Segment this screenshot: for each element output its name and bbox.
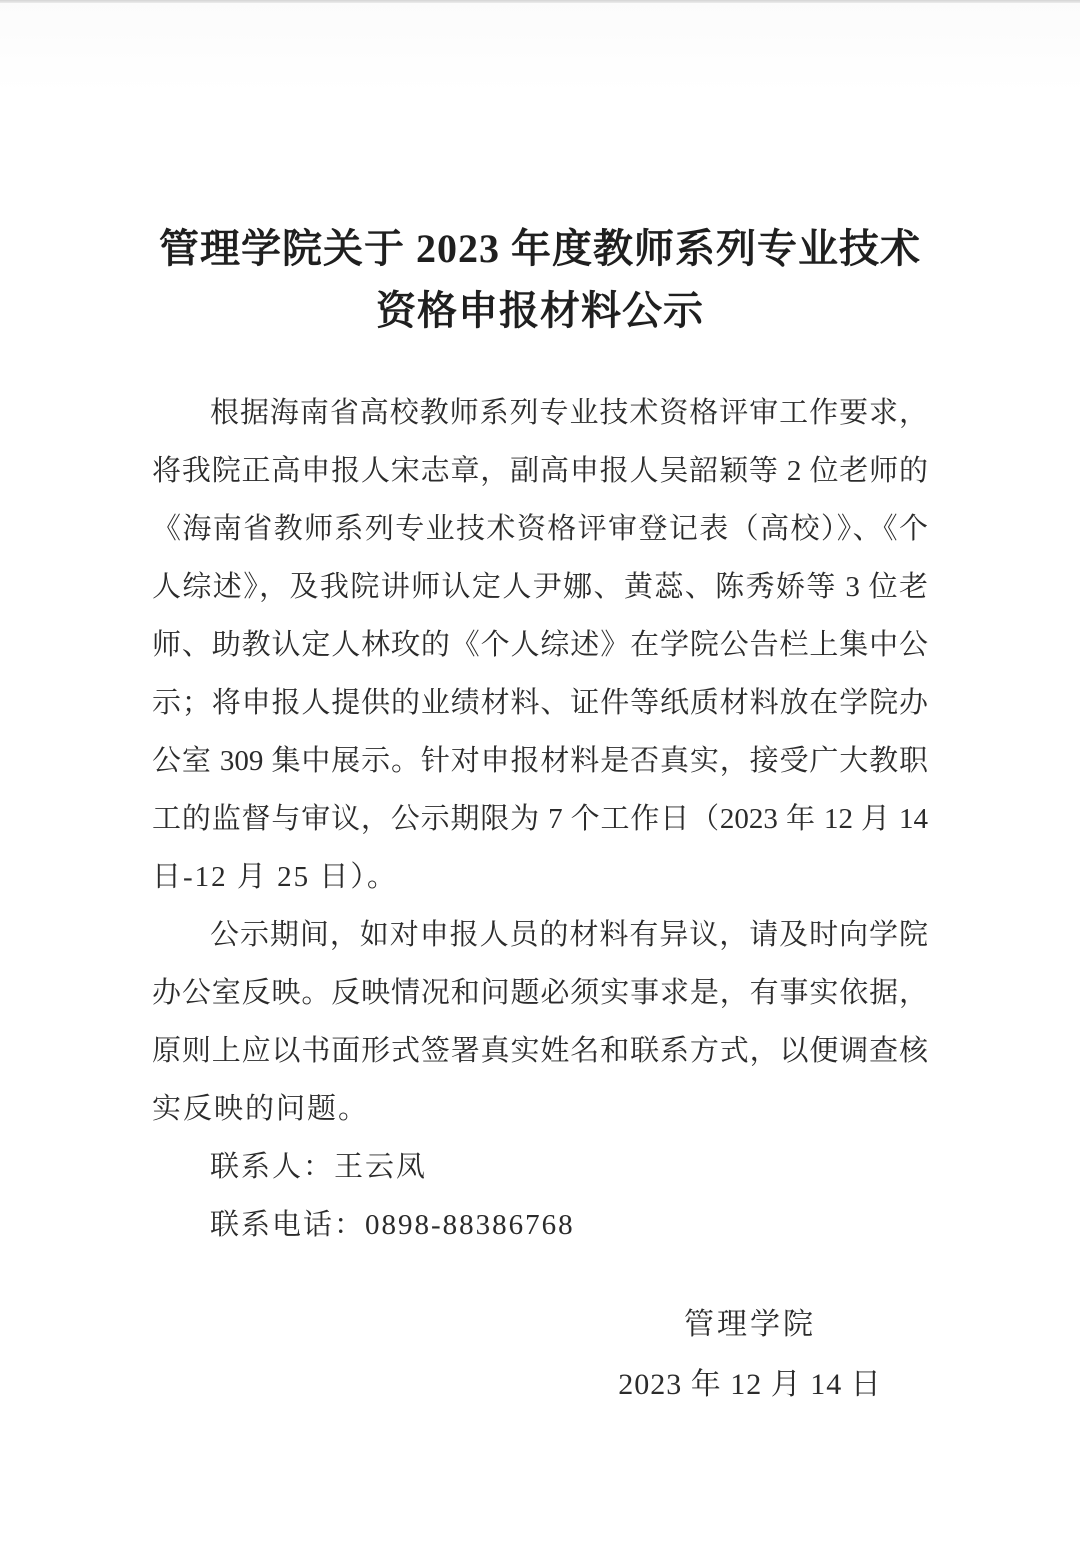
document-title-line-2: 资格申报材料公示 [80, 280, 1000, 342]
contact-person-name: 王云凤 [334, 1151, 427, 1183]
scan-edge-artifact [0, 0, 1080, 3]
signature-date: 2023 年 12 月 14 日 [560, 1355, 940, 1415]
paragraph-2-line: 原则上应以书面形式签署真实姓名和联系方式，以便调查核 [152, 1022, 928, 1080]
paragraph-1-line: 人综述》，及我院讲师认定人尹娜、黄蕊、陈秀娇等 3 位老 [152, 558, 928, 616]
paragraph-2-line: 公示期间，如对申报人员的材料有异议，请及时向学院 [152, 906, 928, 964]
contact-phone-label: 联系电话： [210, 1209, 365, 1241]
signature-block: 管理学院 2023 年 12 月 14 日 [560, 1295, 940, 1415]
paragraph-1-line: 《海南省教师系列专业技术资格评审登记表（高校）》、《个 [152, 500, 928, 558]
paragraph-1: 根据海南省高校教师系列专业技术资格评审工作要求， 将我院正高申报人宋志章，副高申… [152, 384, 928, 906]
paragraph-1-line: 示；将申报人提供的业绩材料、证件等纸质材料放在学院办 [152, 674, 928, 732]
paragraph-2-line: 办公室反映。反映情况和问题必须实事求是，有事实依据， [152, 964, 928, 1022]
contact-person-line: 联系人：王云凤 [152, 1138, 928, 1196]
signature-organization: 管理学院 [560, 1295, 940, 1355]
paragraph-1-line: 日-12 月 25 日）。 [152, 848, 928, 906]
document-title: 管理学院关于 2023 年度教师系列专业技术 资格申报材料公示 [80, 0, 1000, 342]
paragraph-1-line: 根据海南省高校教师系列专业技术资格评审工作要求， [152, 384, 928, 442]
paragraph-2-line: 实反映的问题。 [152, 1080, 928, 1138]
paragraph-1-line: 师、助教认定人林玫的《个人综述》在学院公告栏上集中公 [152, 616, 928, 674]
paragraph-1-line: 工的监督与审议，公示期限为 7 个工作日（2023 年 12 月 14 [152, 790, 928, 848]
contact-phone-line: 联系电话：0898-88386768 [152, 1196, 928, 1254]
paragraph-1-line: 公室 309 集中展示。针对申报材料是否真实，接受广大教职 [152, 732, 928, 790]
document-page: 管理学院关于 2023 年度教师系列专业技术 资格申报材料公示 根据海南省高校教… [0, 0, 1080, 1558]
contact-person-label: 联系人： [210, 1151, 334, 1183]
paragraph-2: 公示期间，如对申报人员的材料有异议，请及时向学院 办公室反映。反映情况和问题必须… [152, 906, 928, 1138]
contact-phone-number: 0898-88386768 [365, 1209, 575, 1241]
document-title-line-1: 管理学院关于 2023 年度教师系列专业技术 [80, 218, 1000, 280]
paragraph-1-line: 将我院正高申报人宋志章，副高申报人吴韶颖等 2 位老师的 [152, 442, 928, 500]
document-body: 根据海南省高校教师系列专业技术资格评审工作要求， 将我院正高申报人宋志章，副高申… [152, 384, 928, 1254]
